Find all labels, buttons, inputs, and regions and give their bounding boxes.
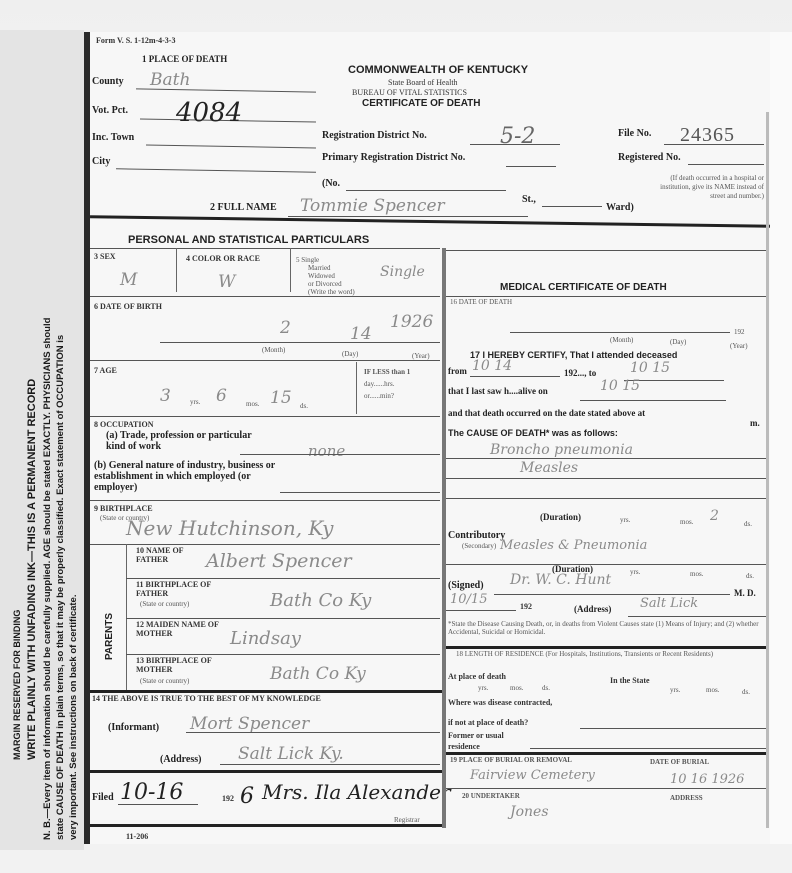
res-ds-2: ds. (742, 688, 750, 696)
occupation-a-value: none (308, 442, 345, 460)
burial-place-label: 19 PLACE OF BURIAL OR REMOVAL (450, 756, 572, 764)
in-state-label: In the State (610, 676, 650, 685)
contributory-label: Contributory (448, 530, 505, 541)
death-year-prefix: 192 (734, 328, 745, 336)
informant-value: Mort Spencer (190, 714, 309, 734)
father-birthplace-label: 11 BIRTHPLACE OF FATHER (136, 580, 226, 598)
vot-pct-label: Vot. Pct. (92, 105, 128, 116)
father-birthplace-value: Bath Co Ky (270, 590, 371, 611)
duration-mos-caption: mos. (680, 518, 693, 526)
margin-instruction-ink: WRITE PLAINLY WITH UNFADING INK—THIS IS … (26, 379, 38, 760)
undertaker-label: 20 UNDERTAKER (462, 792, 520, 800)
full-name-label: 2 FULL NAME (210, 202, 277, 213)
age-yrs-caption: yrs. (190, 398, 200, 406)
duration-label: (Duration) (540, 512, 581, 522)
if-not-place-label: if not at place of death? (448, 718, 528, 727)
header-certificate: CERTIFICATE OF DEATH (362, 98, 481, 109)
filed-label: Filed (92, 792, 114, 803)
registrar-label: Registrar (394, 816, 420, 824)
duration2-mos-caption: mos. (690, 570, 703, 578)
physician-address-value: Salt Lick (640, 596, 698, 611)
undertaker-value: Jones (510, 804, 549, 820)
death-time-suffix: m. (750, 418, 760, 428)
res-mos-1: mos. (510, 684, 523, 692)
mother-maiden-label: 12 MAIDEN NAME OF MOTHER (136, 620, 226, 638)
sign-date-value: 10/15 (450, 592, 487, 607)
father-name-label: 10 NAME OF FATHER (136, 546, 206, 564)
marital-status-value: Single (380, 264, 425, 280)
county-label: County (92, 76, 124, 87)
parents-side-label: PARENTS (104, 613, 115, 660)
informant-address-value: Salt Lick Ky. (238, 744, 344, 764)
cause-line-1: Broncho pneumonia (490, 442, 633, 458)
day-hrs-label: day......hrs. (364, 380, 394, 388)
margin-instruction-nb: N. B.—Every item of information should b… (42, 318, 53, 840)
informant-label: (Informant) (108, 722, 159, 733)
header-board: State Board of Health (388, 78, 458, 87)
burial-date-value: 10 16 1926 (670, 772, 744, 787)
city-label: City (92, 156, 110, 167)
file-no-value: 24365 (680, 124, 735, 147)
physician-address-label: (Address) (574, 604, 611, 614)
secondary-caption: (Secondary) (462, 542, 496, 550)
medical-section-title: MEDICAL CERTIFICATE OF DEATH (500, 282, 667, 293)
footer-code: 11-206 (126, 832, 148, 841)
father-birthplace-caption: (State or country) (140, 600, 189, 608)
mother-birthplace-value: Bath Co Ky (270, 664, 366, 684)
margin-instruction-cause: state CAUSE OF DEATH in plain terms, so … (55, 335, 66, 840)
filed-year-suffix: 6 (240, 784, 254, 809)
registration-district-value: 5-2 (500, 124, 535, 149)
last-saw-label: that I last saw h....alive on (448, 386, 548, 396)
death-day-caption: (Day) (670, 338, 686, 346)
marital-status-label: 5 Single Married Widowed or Divorced (Wr… (296, 256, 376, 296)
margin-instruction-back: very important. See instructions on back… (68, 595, 79, 840)
header-commonwealth: COMMONWEALTH OF KENTUCKY (348, 64, 528, 76)
mother-maiden-value: Lindsay (230, 628, 301, 649)
duration-yrs-caption: yrs. (620, 516, 630, 524)
physician-signature: Dr. W. C. Hunt (510, 572, 611, 588)
duration-ds-value: 2 (710, 508, 719, 524)
registered-no-label: Registered No. (618, 152, 681, 163)
certificate-paper: Form V. S. 1-12m-4-3-3 1 PLACE OF DEATH … (90, 32, 770, 844)
cause-line-2: Measles (520, 460, 578, 476)
dob-year-caption: (Year) (412, 352, 430, 360)
date-of-birth-label: 6 DATE OF BIRTH (94, 302, 162, 311)
birthplace-label: 9 BIRTHPLACE (94, 504, 153, 513)
death-year-caption: (Year) (730, 342, 748, 350)
duration2-yrs-caption: yrs. (630, 568, 640, 576)
filed-year-prefix: 192 (222, 794, 234, 803)
birthplace-value: New Hutchinson, Ky (126, 516, 333, 540)
sign-year-prefix: 192 (520, 602, 532, 611)
res-ds-1: ds. (542, 684, 550, 692)
res-yrs-2: yrs. (670, 686, 680, 694)
scan-right-edge (770, 32, 792, 844)
death-occurred-label: and that death occurred on the date stat… (448, 408, 645, 418)
if-less-label: IF LESS than 1 (364, 368, 410, 376)
burial-place-value: Fairview Cemetery (470, 768, 595, 783)
at-place-label: At place of death (448, 672, 508, 681)
ward-label: Ward) (606, 202, 634, 213)
attended-from-value: 10 14 (472, 358, 512, 374)
occupation-b-label: (b) General nature of industry, business… (94, 460, 284, 493)
md-label: M. D. (734, 588, 756, 598)
residence-title: 18 LENGTH OF RESIDENCE (For Hospitals, I… (456, 650, 766, 659)
dob-day-caption: (Day) (342, 350, 358, 358)
death-month-caption: (Month) (610, 336, 633, 344)
place-of-death-heading: 1 PLACE OF DEATH (142, 54, 227, 64)
age-days: 15 (270, 388, 292, 408)
color-race-value: W (218, 272, 235, 292)
dob-month: 2 (280, 318, 291, 338)
age-months: 6 (216, 386, 227, 406)
hospital-note: (If death occurred in a hospital or inst… (646, 174, 764, 201)
street-number-label: (No. (322, 178, 340, 189)
father-name-value: Albert Spencer (206, 550, 352, 572)
duration2-ds-caption: ds. (746, 572, 754, 580)
date-of-death-label: 16 DATE OF DEATH (450, 298, 512, 306)
duration-ds-caption: ds. (744, 520, 752, 528)
occupation-a-label: (a) Trade, profession or particular kind… (106, 430, 266, 452)
cause-of-death-label: The CAUSE OF DEATH* was as follows: (448, 428, 618, 438)
personal-section-title: PERSONAL AND STATISTICAL PARTICULARS (128, 234, 369, 246)
margin-reserved-label: MARGIN RESERVED FOR BINDING (12, 610, 22, 760)
attended-from-label: from (448, 366, 467, 376)
vot-pct-value: 4084 (176, 98, 242, 128)
cause-footnote: *State the Disease Causing Death, or, in… (448, 620, 766, 636)
sex-value: M (120, 270, 137, 290)
informant-address-label: (Address) (160, 754, 201, 765)
former-residence-label: Former or usual residence (448, 730, 518, 752)
mother-birthplace-caption: (State or country) (140, 677, 189, 685)
occupation-label: 8 OCCUPATION (94, 420, 153, 429)
filed-date-value: 10-16 (120, 780, 183, 805)
header-bureau: BUREAU OF VITAL STATISTICS (352, 88, 467, 97)
attended-to-label: 192..., to (564, 368, 596, 378)
attended-to-value: 10 15 (630, 360, 670, 376)
street-label: St., (522, 194, 536, 205)
undertaker-address-label: ADDRESS (670, 794, 703, 802)
where-contracted-label: Where was disease contracted, (448, 698, 552, 707)
age-years: 3 (160, 386, 171, 406)
dob-month-caption: (Month) (262, 346, 285, 354)
sex-label: 3 SEX (94, 252, 116, 261)
dob-day: 14 (350, 324, 372, 344)
last-saw-value: 10 15 (600, 378, 640, 394)
file-no-label: File No. (618, 128, 651, 139)
res-mos-2: mos. (706, 686, 719, 694)
inc-town-label: Inc. Town (92, 132, 134, 143)
age-ds-caption: ds. (300, 402, 308, 410)
registration-district-label: Registration District No. (322, 130, 427, 141)
full-name-value: Tommie Spencer (300, 196, 445, 216)
burial-date-label: DATE OF BURIAL (650, 758, 709, 766)
informant-statement: 14 THE ABOVE IS TRUE TO THE BEST OF MY K… (92, 694, 321, 703)
registrar-signature: Mrs. Ila Alexander (262, 780, 451, 804)
age-mos-caption: mos. (246, 400, 259, 408)
dob-year: 1926 (390, 312, 433, 332)
contributory-value: Measles & Pneumonia (500, 538, 647, 553)
signed-label: (Signed) (448, 580, 484, 591)
or-min-label: or......min? (364, 392, 394, 400)
age-label: 7 AGE (94, 366, 117, 375)
res-yrs-1: yrs. (478, 684, 488, 692)
county-value: Bath (150, 70, 190, 90)
mother-birthplace-label: 13 BIRTHPLACE OF MOTHER (136, 656, 226, 674)
primary-registration-label: Primary Registration District No. (322, 152, 465, 163)
color-race-label: 4 COLOR OR RACE (186, 254, 260, 263)
form-number: Form V. S. 1-12m-4-3-3 (96, 36, 175, 45)
